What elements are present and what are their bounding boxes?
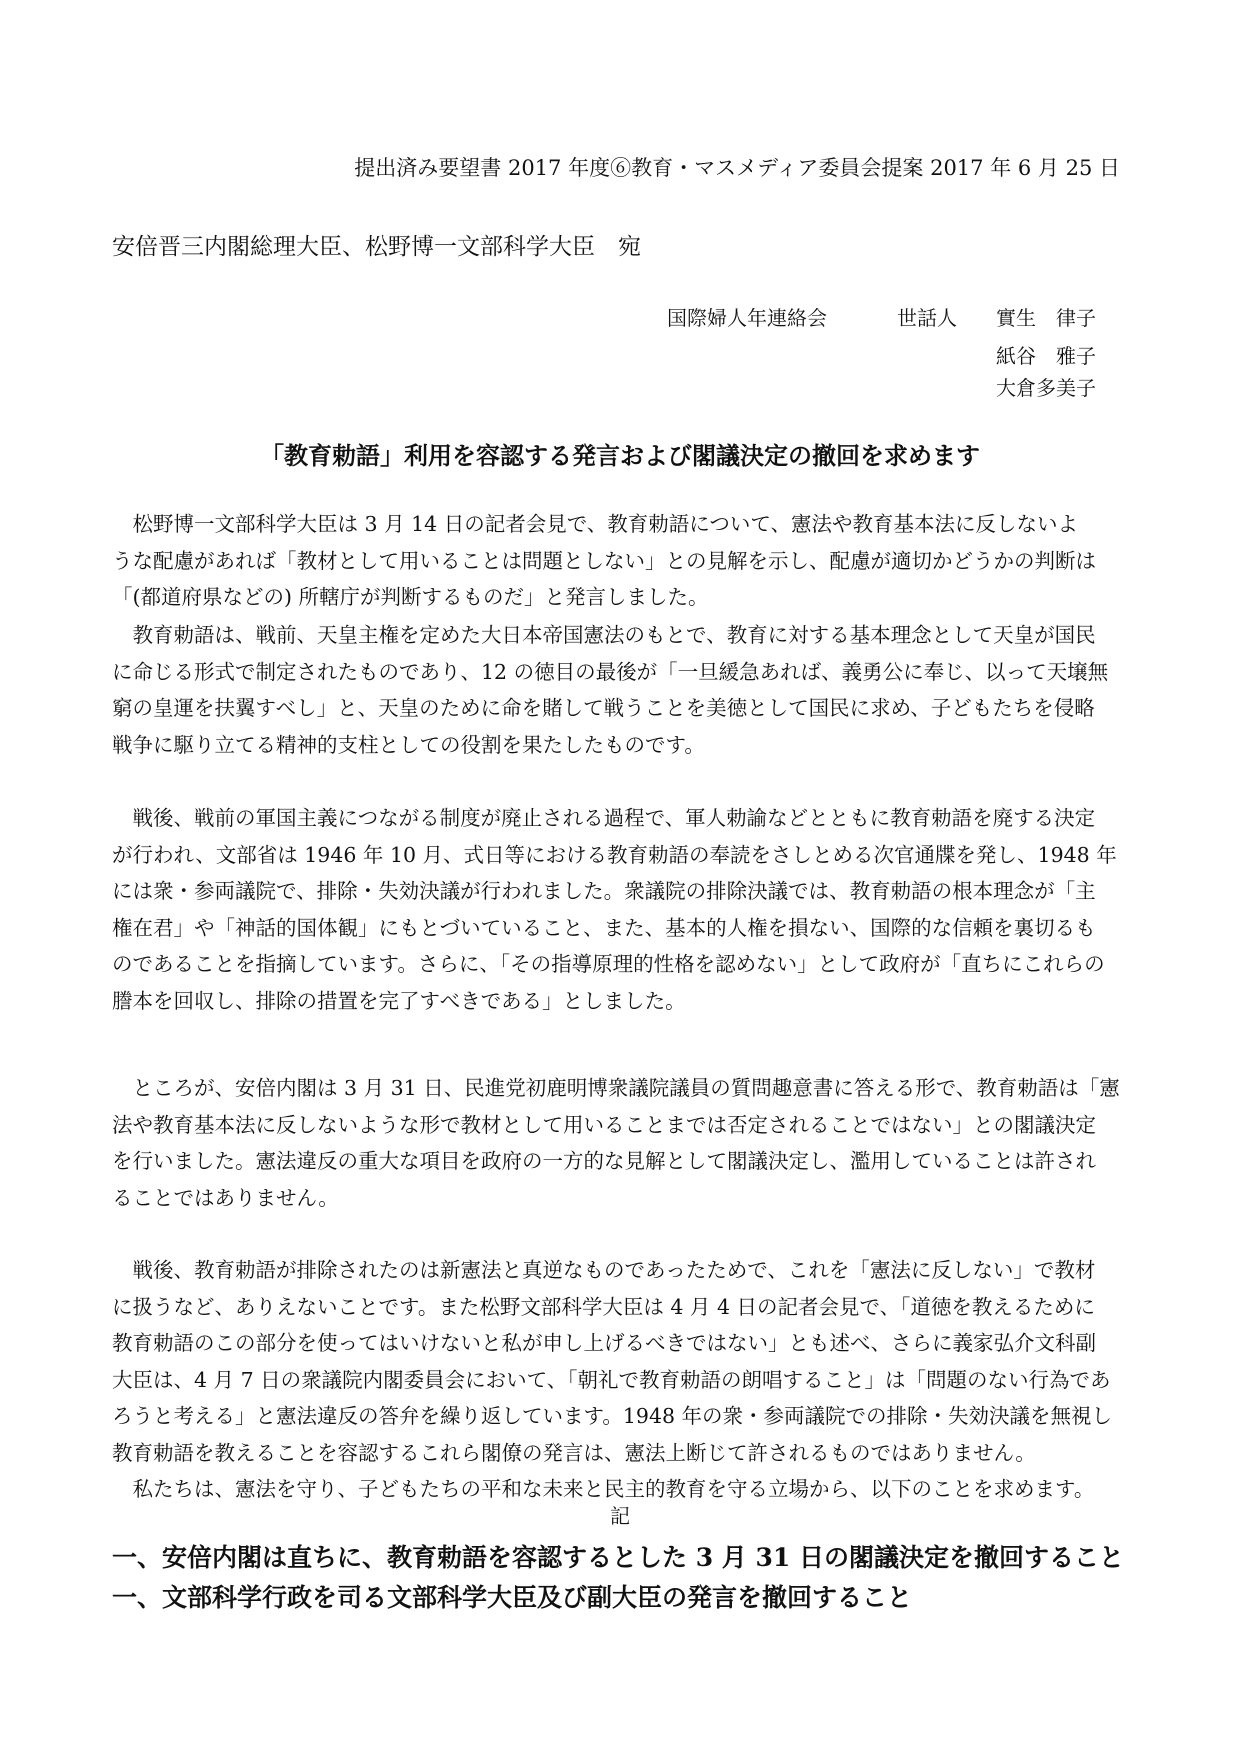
text-line: に命じる形式で制定されたものであり、12 の徳目の最後が「一旦緩急あれば、義勇公… (112, 654, 1128, 691)
text-line: ろうと考える」と憲法違反の答弁を繰り返しています。1948 年の衆・参両議院での… (112, 1398, 1128, 1435)
paragraph-2: 教育勅語は、戦前、天皇主権を定めた大日本帝国憲法のもとで、教育に対する基本理念と… (112, 617, 1128, 763)
sender-organization: 国際婦人年連絡会 (667, 302, 827, 331)
text-line: 戦争に駆り立てる精神的支柱としての役割を果たしたものです。 (112, 727, 1128, 764)
ki-label: 記 (0, 1500, 1240, 1529)
sender-name: 實生 律子 (996, 302, 1096, 331)
text-line: ところが、安倍内閣は 3 月 31 日、民進党初鹿明博衆議院議員の質問趣意書に答… (112, 1070, 1128, 1107)
text-line: 法や教育基本法に反しないような形で教材として用いることまでは否定されることではな… (112, 1107, 1128, 1144)
paragraph-3: 戦後、戦前の軍国主義につながる制度が廃止される過程で、軍人勅諭などとともに教育勅… (112, 800, 1128, 1019)
sender-role: 世話人 (897, 302, 957, 331)
text-line: 戦後、戦前の軍国主義につながる制度が廃止される過程で、軍人勅諭などとともに教育勅… (112, 800, 1128, 837)
paragraph-4: ところが、安倍内閣は 3 月 31 日、民進党初鹿明博衆議院議員の質問趣意書に答… (112, 1070, 1128, 1216)
sender-name: 大倉多美子 (996, 372, 1096, 401)
text-line: 戦後、教育勅語が排除されたのは新憲法と真逆なものであったためで、これを「憲法に反… (112, 1252, 1128, 1289)
text-line: 大臣は、4 月 7 日の衆議院内閣委員会において、「朝礼で教育勅語の朗唱すること… (112, 1362, 1128, 1399)
reference-line: 提出済み要望書 2017 年度⑥教育・マスメディア委員会提案 2017 年 6 … (354, 152, 1120, 182)
demand-item: 一、文部科学行政を司る文部科学大臣及び副大臣の発言を撤回すること (112, 1578, 912, 1614)
text-line: 権在君」や「神話的国体観」にもとづいていること、また、基本的人権を損ない、国際的… (112, 910, 1128, 947)
paragraph-1: 松野博一文部科学大臣は 3 月 14 日の記者会見で、教育勅語について、憲法や教… (112, 506, 1128, 616)
text-line: ることではありません。 (112, 1180, 1128, 1217)
document-title: 「教育勅語」利用を容認する発言および閣議決定の撤回を求めます (0, 436, 1240, 471)
text-line: 教育勅語は、戦前、天皇主権を定めた大日本帝国憲法のもとで、教育に対する基本理念と… (112, 617, 1128, 654)
text-line: うな配慮があれば「教材として用いることは問題としない」との見解を示し、配慮が適切… (112, 543, 1128, 580)
paragraph-5: 戦後、教育勅語が排除されたのは新憲法と真逆なものであったためで、これを「憲法に反… (112, 1252, 1128, 1508)
text-line: 教育勅語を教えることを容認するこれら閣僚の発言は、憲法上断じて許されるものではあ… (112, 1435, 1128, 1472)
demand-item: 一、安倍内閣は直ちに、教育勅語を容認するとした 3 月 31 日の閣議決定を撤回… (112, 1538, 1124, 1574)
sender-name: 紙谷 雅子 (996, 340, 1096, 369)
text-line: 窮の皇運を扶翼すべし」と、天皇のために命を賭して戦うことを美徳として国民に求め、… (112, 690, 1128, 727)
addressee: 安倍晋三内閣総理大臣、松野博一文部科学大臣 宛 (112, 228, 641, 261)
text-line: が行われ、文部省は 1946 年 10 月、式日等における教育勅語の奉読をさしと… (112, 837, 1128, 874)
text-line: を行いました。憲法違反の重大な項目を政府の一方的な見解として閣議決定し、濫用して… (112, 1143, 1128, 1180)
text-line: 教育勅語のこの部分を使ってはいけないと私が申し上げるべきではない」とも述べ、さら… (112, 1325, 1128, 1362)
text-line: のであることを指摘しています。さらに、「その指導原理的性格を認めない」として政府… (112, 946, 1128, 983)
text-line: 謄本を回収し、排除の措置を完了すべきである」としました。 (112, 983, 1128, 1020)
text-line: に扱うなど、ありえないことです。また松野文部科学大臣は 4 月 4 日の記者会見… (112, 1289, 1128, 1326)
text-line: 「(都道府県などの) 所轄庁が判断するものだ」と発言しました。 (112, 579, 1128, 616)
text-line: 松野博一文部科学大臣は 3 月 14 日の記者会見で、教育勅語について、憲法や教… (112, 506, 1128, 543)
text-line: には衆・参両議院で、排除・失効決議が行われました。衆議院の排除決議では、教育勅語… (112, 873, 1128, 910)
